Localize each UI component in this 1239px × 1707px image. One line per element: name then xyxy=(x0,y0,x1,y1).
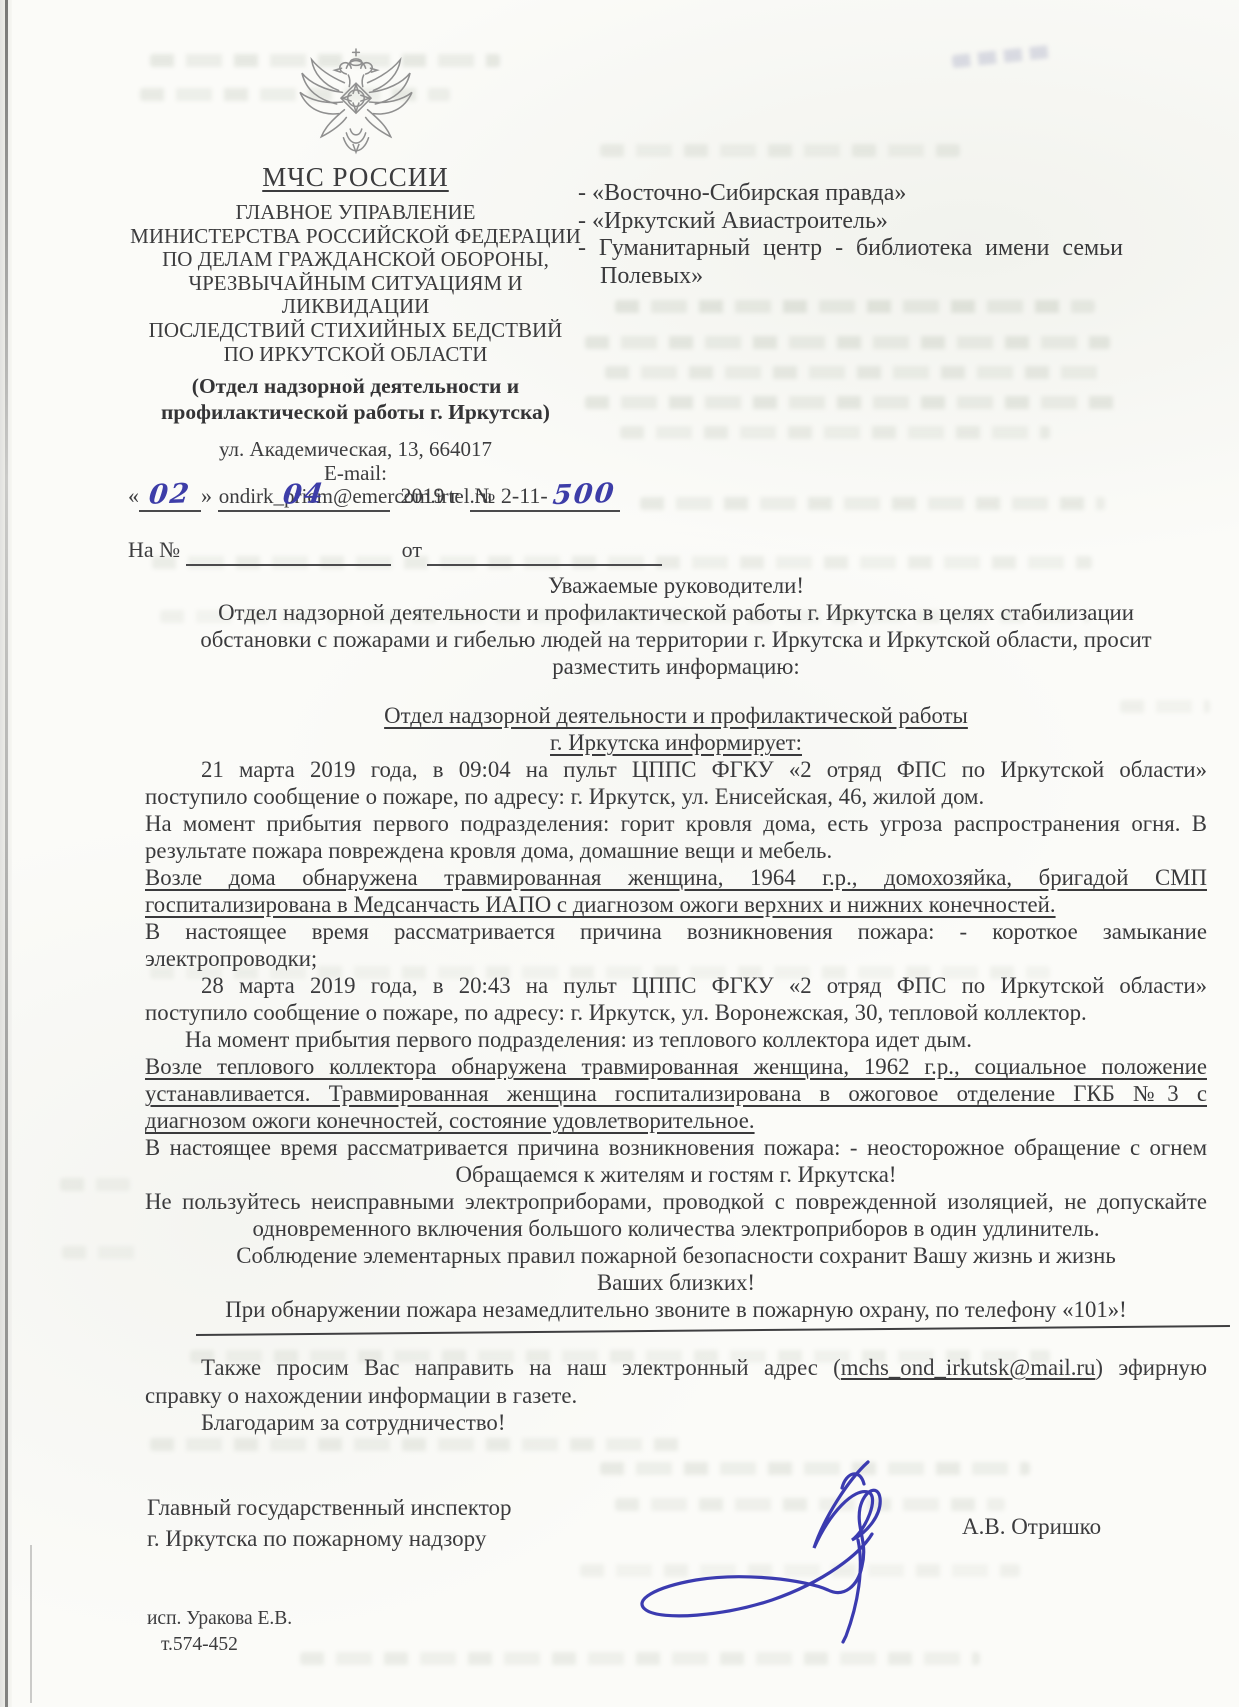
signer-position-line: Главный государственный инспектор xyxy=(147,1492,512,1523)
executor-name: исп. Уракова Е.В. xyxy=(147,1606,292,1632)
scan-artifact xyxy=(300,1652,980,1665)
org-name-line: ЧРЕЗВЫЧАЙНЫМ СИТУАЦИЯМ И ЛИКВИДАЦИИ xyxy=(118,272,593,319)
date-number-line: «02» 04 2019 г № 2-11- 500 xyxy=(128,480,620,512)
body-line: На момент прибытия первого подразделения… xyxy=(145,1026,1207,1053)
body-line: 28 марта 2019 года, в 20:43 на пульт ЦПП… xyxy=(145,972,1207,999)
body-line: устанавливается. Травмированная женщина … xyxy=(145,1080,1207,1107)
recipient-item: - «Иркутский Авиастроитель» xyxy=(578,208,1123,236)
section-heading: Отдел надзорной деятельности и профилакт… xyxy=(145,702,1207,729)
handwritten-signature xyxy=(618,1440,948,1650)
mchs-double-headed-eagle-emblem-icon xyxy=(298,48,414,158)
body-line: Соблюдение элементарных правил пожарной … xyxy=(145,1242,1207,1269)
body-line: одновременного включения большого количе… xyxy=(145,1215,1207,1242)
date-month-blank: 04 xyxy=(218,480,390,512)
scan-edge-line xyxy=(5,0,8,1707)
scan-artifact xyxy=(952,45,1053,68)
recipient-item: - «Восточно-Сибирская правда» xyxy=(578,180,1123,208)
thanks-line: Благодарим за сотрудничество! xyxy=(145,1409,1207,1437)
body-line: Ваших близких! xyxy=(145,1269,1207,1296)
scan-artifact xyxy=(62,1246,142,1259)
body-line: поступило сообщение о пожаре, по адресу:… xyxy=(145,999,1207,1026)
scan-artifact xyxy=(60,1178,130,1191)
scan-artifact xyxy=(640,497,1105,510)
department-name-line: (Отдел надзорной деятельности и xyxy=(118,373,593,399)
scanned-letter-page: МЧС РОССИИ ГЛАВНОЕ УПРАВЛЕНИЕ МИНИСТЕРСТ… xyxy=(0,0,1239,1707)
scan-artifact xyxy=(620,426,1050,439)
org-name-line: МИНИСТЕРСТВА РОССИЙСКОЙ ФЕДЕРАЦИИ xyxy=(118,225,593,249)
handwritten-day: 02 xyxy=(148,479,193,510)
recipient-item-continuation: Полевых» xyxy=(578,263,1123,291)
letterhead: МЧС РОССИИ ГЛАВНОЕ УПРАВЛЕНИЕ МИНИСТЕРСТ… xyxy=(118,48,593,509)
na-number-blank xyxy=(186,534,391,566)
body-line: Не пользуйтесь неисправными электроприбо… xyxy=(145,1188,1207,1215)
closing-text-post: ) эфирную xyxy=(1095,1355,1207,1380)
body-line: 21 марта 2019 года, в 09:04 на пульт ЦПП… xyxy=(145,756,1207,783)
closing-line: справку о нахождении информации в газете… xyxy=(145,1382,1207,1410)
signer-position: Главный государственный инспектор г. Ирк… xyxy=(147,1492,512,1554)
executor-phone: т.574-452 xyxy=(147,1632,292,1658)
body-line: электропроводки; xyxy=(145,945,1207,972)
ministry-short-name: МЧС РОССИИ xyxy=(118,162,593,193)
letter-body: Уважаемые руководители! Отдел надзорной … xyxy=(145,572,1207,1323)
scan-artifact xyxy=(150,1438,690,1451)
body-line: Возле дома обнаружена травмированная жен… xyxy=(145,864,1207,891)
org-full-name: ГЛАВНОЕ УПРАВЛЕНИЕ МИНИСТЕРСТВА РОССИЙСК… xyxy=(118,201,593,366)
scan-artifact xyxy=(30,1545,32,1703)
closing-paragraph: Также просим Вас направить на наш электр… xyxy=(145,1354,1207,1437)
na-number-label: На № xyxy=(128,537,180,562)
recipient-item: - Гуманитарный центр - библиотека имени … xyxy=(578,235,1123,263)
body-line: Возле теплового коллектора обнаружена тр… xyxy=(145,1053,1207,1080)
department-name-line: профилактической работы г. Иркутска) xyxy=(118,399,593,425)
recipients-list: - «Восточно-Сибирская правда» - «Иркутск… xyxy=(578,180,1123,290)
body-line: В настоящее время рассматривается причин… xyxy=(145,1134,1207,1161)
spacer xyxy=(145,680,1207,702)
org-name-line: ГЛАВНОЕ УПРАВЛЕНИЕ xyxy=(118,201,593,225)
handwritten-month: 04 xyxy=(281,479,326,510)
scan-artifact xyxy=(585,336,1110,349)
outgoing-number-label: № 2-11- xyxy=(474,483,547,508)
handwritten-number: 500 xyxy=(552,479,618,511)
org-name-line: ПОСЛЕДСТВИЙ СТИХИЙНЫХ БЕДСТВИЙ xyxy=(118,319,593,343)
body-line: обстановки с пожарами и гибелью людей на… xyxy=(145,626,1207,653)
salutation: Уважаемые руководители! xyxy=(145,572,1207,599)
quote-close: » xyxy=(201,483,212,508)
outgoing-number-blank: № 2-11- 500 xyxy=(470,480,620,512)
body-line: разместить информацию: xyxy=(145,653,1207,680)
closing-text-pre: Также просим Вас направить на наш электр… xyxy=(201,1355,841,1380)
postal-address: ул. Академическая, 13, 664017 xyxy=(118,438,593,462)
scan-artifact xyxy=(615,300,1095,313)
signer-name: А.В. Отришко xyxy=(962,1514,1101,1540)
ot-date-blank xyxy=(427,534,662,566)
quote-open: « xyxy=(128,483,139,508)
date-year: 2019 г xyxy=(401,483,460,508)
body-line: На момент прибытия первого подразделения… xyxy=(145,810,1207,837)
ot-label: от xyxy=(402,537,422,562)
scan-artifact xyxy=(605,366,1105,379)
section-heading: г. Иркутска информирует: xyxy=(145,729,1207,756)
date-day-blank: 02 xyxy=(139,480,201,512)
org-name-line: ПО ДЕЛАМ ГРАЖДАНСКОЙ ОБОРОНЫ, xyxy=(118,248,593,272)
scan-artifact xyxy=(600,144,960,157)
body-line: результате пожара повреждена кровля дома… xyxy=(145,837,1207,864)
appeal-heading: Обращаемся к жителям и гостям г. Иркутск… xyxy=(145,1161,1207,1188)
body-line: При обнаружении пожара незамедлительно з… xyxy=(145,1296,1207,1323)
signer-position-line: г. Иркутска по пожарному надзору xyxy=(147,1523,512,1554)
body-line: В настоящее время рассматривается причин… xyxy=(145,918,1207,945)
org-name-line: ПО ИРКУТСКОЙ ОБЛАСТИ xyxy=(118,343,593,367)
scan-artifact xyxy=(585,396,1115,409)
separator-line xyxy=(196,1325,1230,1336)
body-line: госпитализирована в Медсанчасть ИАПО с д… xyxy=(145,891,1207,918)
closing-line: Также просим Вас направить на наш электр… xyxy=(145,1354,1207,1382)
department-name: (Отдел надзорной деятельности и профилак… xyxy=(118,373,593,425)
executor-info: исп. Уракова Е.В. т.574-452 xyxy=(147,1606,292,1658)
reply-email-address: mchs_ond_irkutsk@mail.ru xyxy=(841,1355,1096,1380)
body-line: поступило сообщение о пожаре, по адресу:… xyxy=(145,783,1207,810)
body-line: диагнозом ожоги конечностей, состояние у… xyxy=(145,1107,1207,1134)
body-line: Отдел надзорной деятельности и профилакт… xyxy=(145,599,1207,626)
reference-line: На № от xyxy=(128,534,662,566)
